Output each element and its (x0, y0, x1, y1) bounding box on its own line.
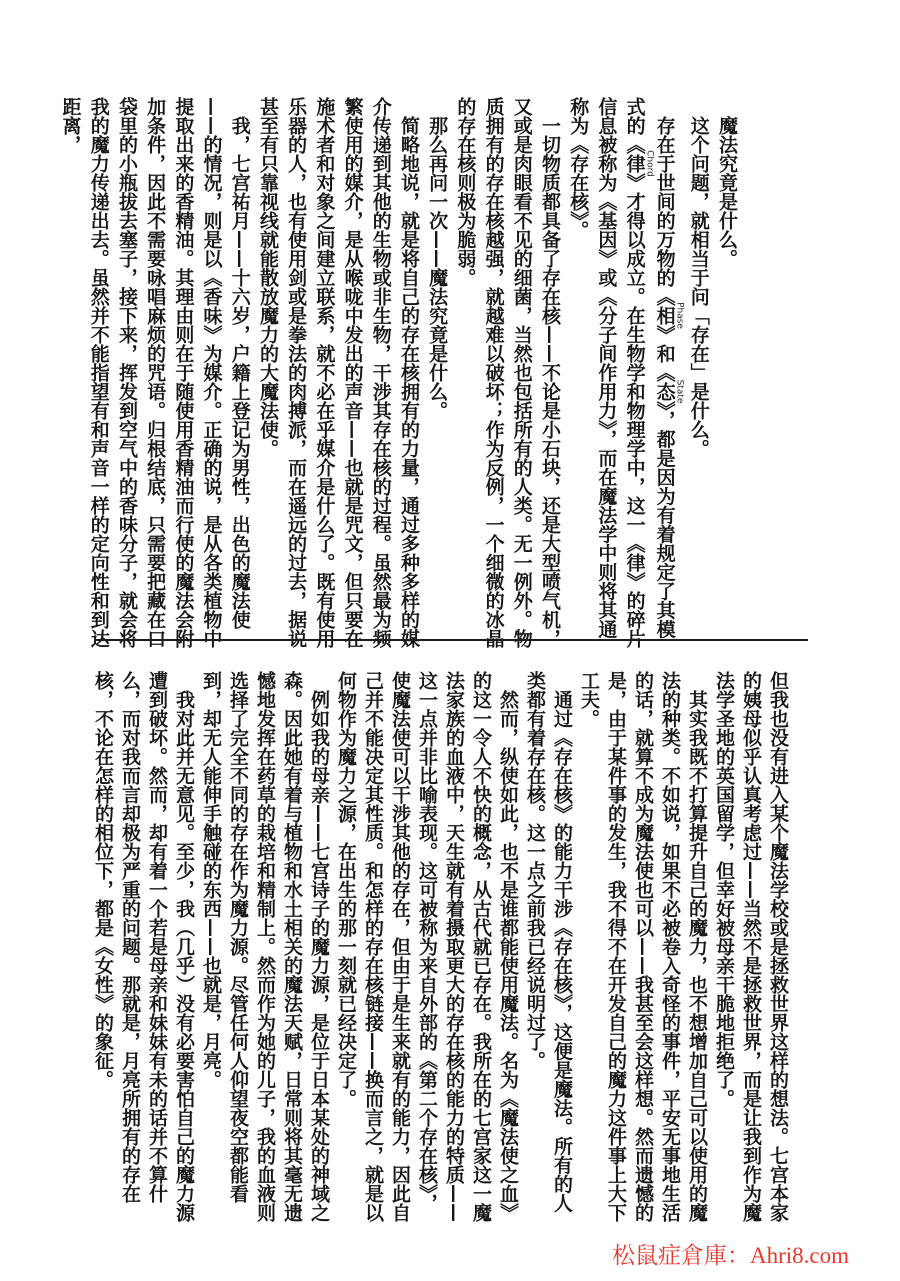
ruby-annotation: Phase (675, 302, 685, 329)
text-section-bottom: 但我也没有进入某个魔法学校或是拯救世界这样的想法。七宫本家的姨母似乎认真考虑过—… (88, 671, 791, 1228)
ruby-annotated-term: 态State (654, 382, 676, 401)
ruby-annotation: Chord (645, 150, 655, 177)
paragraph: 一切物质都具备了存在核——不论是小石块，还是大型喷气机，又或是肉眼看不见的细菌，… (451, 97, 564, 649)
paragraph: 存在于世间的万物的《相Phase》和《态State》，都是因为有着规定了其模式的… (564, 97, 685, 649)
page-canvas: 魔法究竟是什么。这个问题，就相当于问「存在」是什么。存在于世间的万物的《相Pha… (0, 0, 900, 1281)
ruby-annotation: State (675, 380, 685, 404)
paragraph: 我对此并无意见。至少，我（几乎）没有必要害怕自己的魔力源遭到破坏。然而，却有着一… (89, 671, 197, 1228)
watermark: 松鼠症倉庫：Ahri8.com (612, 1239, 900, 1273)
paragraph: 简略地说，就是将自己的存在核拥有的力量，通过多种多样的媒介传递到其他的生物或非生… (254, 97, 423, 649)
paragraph-continuation: 但我也没有进入某个魔法学校或是拯救世界这样的想法。七宫本家的姨母似乎认真考虑过—… (710, 671, 791, 1228)
novel-page: { "colors": { "background": "#ffffff", "… (0, 0, 900, 1281)
section-divider (95, 639, 808, 641)
paragraph: 通过《存在核》的能力干涉《存在核》，这便是魔法。所有的人类都有着存在核。这一点之… (521, 671, 575, 1228)
paragraph: 那么再问一次——魔法究竟是什么。 (423, 97, 451, 649)
paragraph: 魔法究竟是什么。 (713, 97, 741, 649)
ruby-annotated-term: 律Chord (624, 154, 646, 173)
paragraph: 我，七宫祐月——十六岁，户籍上登记为男性，出色的魔法使——的情况，则是以《香味》… (56, 97, 253, 649)
watermark-site-label: 松鼠症倉庫：Ahri8.com (612, 1243, 849, 1268)
text-section-top: 魔法究竟是什么。这个问题，就相当于问「存在」是什么。存在于世间的万物的《相Pha… (96, 97, 741, 649)
paragraph: 然而，纵使如此，也不是谁都能使用魔法。名为《魔法使之血》的这一令人不快的概念，从… (332, 671, 521, 1228)
ruby-annotated-term: 相Phase (654, 306, 676, 325)
paragraph: 这个问题，就相当于问「存在」是什么。 (685, 97, 713, 649)
paragraph: 其实我既不打算提升自己的魔力，也不想增加自己可以使用的魔法的种类。不如说，如果不… (575, 671, 710, 1228)
paragraph: 例如我的母亲——七宫诗子的魔力源，是位于日本某处的神域之森。因此她有着与植物和水… (197, 671, 332, 1228)
